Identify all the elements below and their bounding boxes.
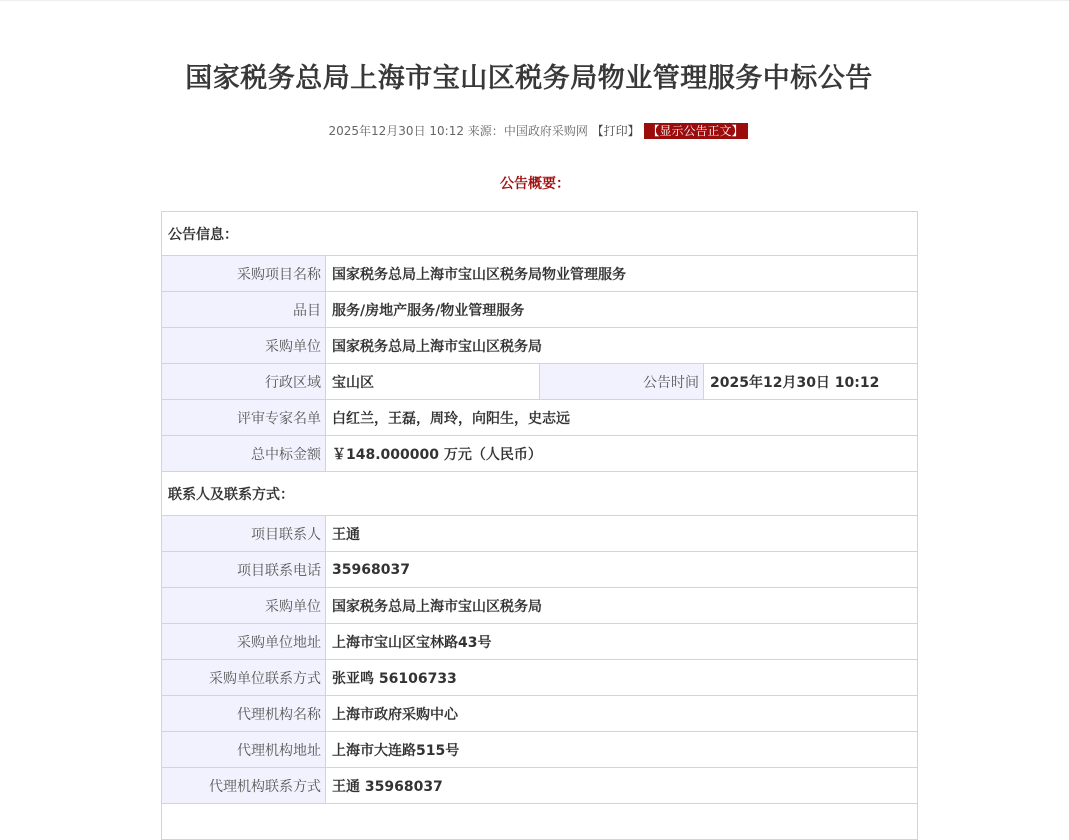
row-label: 代理机构名称 <box>162 696 326 732</box>
table-row: 代理机构地址上海市大连路515号 <box>162 732 918 768</box>
show-body-button[interactable]: 【显示公告正文】 <box>644 123 748 139</box>
table-row: 代理机构联系方式王通 35968037 <box>162 768 918 804</box>
row-value: 国家税务总局上海市宝山区税务局 <box>326 328 918 364</box>
row-label: 公告时间 <box>540 364 704 400</box>
summary-table: 公告信息： 采购项目名称国家税务总局上海市宝山区税务局物业管理服务 品目服务/房… <box>161 211 918 834</box>
row-value: 上海市政府采购中心 <box>326 696 918 732</box>
row-label: 评审专家名单 <box>162 400 326 436</box>
table-row: 项目联系人王通 <box>162 516 918 552</box>
row-label: 项目联系人 <box>162 516 326 552</box>
row-value: 国家税务总局上海市宝山区税务局 <box>326 588 918 624</box>
row-label: 行政区域 <box>162 364 326 400</box>
row-value: 张亚鸣 56106733 <box>326 660 918 696</box>
table-row: 代理机构名称上海市政府采购中心 <box>162 696 918 732</box>
row-label: 代理机构联系方式 <box>162 768 326 804</box>
table-row: 品目服务/房地产服务/物业管理服务 <box>162 292 918 328</box>
row-value: 国家税务总局上海市宝山区税务局物业管理服务 <box>326 256 918 292</box>
row-label: 采购单位 <box>162 328 326 364</box>
row-value: ￥148.000000 万元（人民币） <box>326 436 918 472</box>
row-label: 采购单位联系方式 <box>162 660 326 696</box>
row-value: 服务/房地产服务/物业管理服务 <box>326 292 918 328</box>
table-row: 项目联系电话35968037 <box>162 552 918 588</box>
row-label: 总中标金额 <box>162 436 326 472</box>
row-value: 上海市宝山区宝林路43号 <box>326 624 918 660</box>
row-label: 采购单位地址 <box>162 624 326 660</box>
section-heading-announcement-info: 公告信息： <box>162 212 918 256</box>
row-value: 上海市大连路515号 <box>326 732 918 768</box>
table-row: 总中标金额￥148.000000 万元（人民币） <box>162 436 918 472</box>
table-row: 采购单位国家税务总局上海市宝山区税务局 <box>162 328 918 364</box>
row-label: 采购项目名称 <box>162 256 326 292</box>
source-label: 来源： <box>468 124 504 138</box>
page-title: 国家税务总局上海市宝山区税务局物业管理服务中标公告 <box>0 56 1058 95</box>
row-value: 白红兰，王磊，周玲，向阳生，史志远 <box>326 400 918 436</box>
table-row: 行政区域宝山区公告时间2025年12月30日 10:12 <box>162 364 918 400</box>
row-label: 采购单位 <box>162 588 326 624</box>
table-row-empty <box>162 804 918 835</box>
publish-datetime: 2025年12月30日 10:12 <box>328 124 463 138</box>
table-row: 评审专家名单白红兰，王磊，周玲，向阳生，史志远 <box>162 400 918 436</box>
summary-heading: 公告概要： <box>0 173 1069 193</box>
row-value: 王通 <box>326 516 918 552</box>
table-row: 采购单位国家税务总局上海市宝山区税务局 <box>162 588 918 624</box>
table-row: 采购单位地址上海市宝山区宝林路43号 <box>162 624 918 660</box>
table-row: 采购项目名称国家税务总局上海市宝山区税务局物业管理服务 <box>162 256 918 292</box>
row-value: 宝山区 <box>326 364 540 400</box>
row-value: 35968037 <box>326 552 918 588</box>
row-value: 王通 35968037 <box>326 768 918 804</box>
table-row: 采购单位联系方式张亚鸣 56106733 <box>162 660 918 696</box>
row-label: 品目 <box>162 292 326 328</box>
row-value: 2025年12月30日 10:12 <box>704 364 918 400</box>
section-heading-contacts: 联系人及联系方式： <box>162 472 918 516</box>
print-link[interactable]: 【打印】 <box>592 124 640 138</box>
source-name: 中国政府采购网 <box>504 124 588 138</box>
announcement-meta: 2025年12月30日 10:12 来源：中国政府采购网 【打印】 【显示公告正… <box>0 122 1069 139</box>
row-label: 项目联系电话 <box>162 552 326 588</box>
row-label: 代理机构地址 <box>162 732 326 768</box>
